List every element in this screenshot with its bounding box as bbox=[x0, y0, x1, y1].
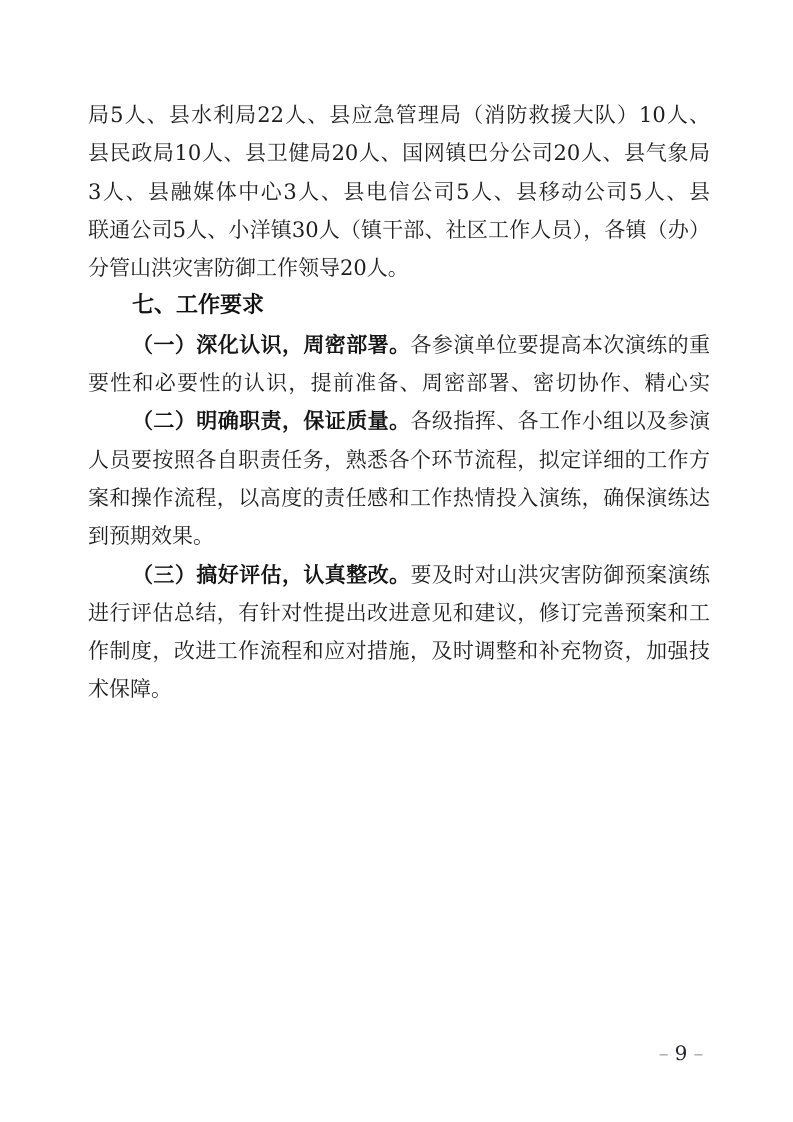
paragraph-line: 局5人、县水利局22人、县应急管理局（消防救援大队）10人、 bbox=[88, 96, 710, 134]
document-body: 局5人、县水利局22人、县应急管理局（消防救援大队）10人、 县民政局10人、县… bbox=[88, 96, 710, 709]
paragraph-line: 进行评估总结，有针对性提出改进意见和建议，修订完善预案和工 bbox=[88, 594, 710, 632]
item-lead-label: （三）搞好评估，认真整改。 bbox=[132, 562, 411, 587]
page-number-right-dash: – bbox=[687, 1041, 709, 1065]
paragraph-line: 案和操作流程，以高度的责任感和工作热情投入演练，确保演练达 bbox=[88, 479, 710, 517]
item-text: 要及时对山洪灾害防御预案演练 bbox=[411, 563, 711, 587]
paragraph-line: 要性和必要性的认识，提前准备、周密部署、密切协作、精心实施。 bbox=[88, 364, 710, 402]
paragraph-line: 联通公司5人、小洋镇30人（镇干部、社区工作人员），各镇（办） bbox=[88, 211, 710, 249]
paragraph-line: （一）深化认识，周密部署。各参演单位要提高本次演练的重 bbox=[88, 326, 710, 364]
document-page: 局5人、县水利局22人、县应急管理局（消防救援大队）10人、 县民政局10人、县… bbox=[0, 0, 793, 1122]
page-number: –9– bbox=[648, 1038, 714, 1068]
paragraph-line: （三）搞好评估，认真整改。要及时对山洪灾害防御预案演练 bbox=[88, 556, 710, 594]
section-heading: 七、工作要求 bbox=[88, 287, 710, 325]
item-lead-label: （一）深化认识，周密部署。 bbox=[132, 332, 411, 357]
paragraph-line: 术保障。 bbox=[88, 670, 710, 708]
paragraph-line: 作制度，改进工作流程和应对措施，及时调整和补充物资，加强技 bbox=[88, 632, 710, 670]
paragraph-line: 人员要按照各自职责任务，熟悉各个环节流程，拟定详细的工作方 bbox=[88, 441, 710, 479]
page-number-left-dash: – bbox=[653, 1041, 675, 1065]
paragraph-line: 县民政局10人、县卫健局20人、国网镇巴分公司20人、县气象局 bbox=[88, 134, 710, 172]
item-text: 各参演单位要提高本次演练的重 bbox=[411, 333, 711, 357]
item-text: 各级指挥、各工作小组以及参演 bbox=[411, 409, 711, 433]
item-lead-label: （二）明确职责，保证质量。 bbox=[132, 408, 411, 433]
page-number-value: 9 bbox=[675, 1041, 688, 1065]
paragraph-line: 3人、县融媒体中心3人、县电信公司5人、县移动公司5人、县 bbox=[88, 173, 710, 211]
paragraph-line: 分管山洪灾害防御工作领导20人。 bbox=[88, 249, 710, 287]
paragraph-line: 到预期效果。 bbox=[88, 517, 710, 555]
paragraph-line: （二）明确职责，保证质量。各级指挥、各工作小组以及参演 bbox=[88, 402, 710, 440]
